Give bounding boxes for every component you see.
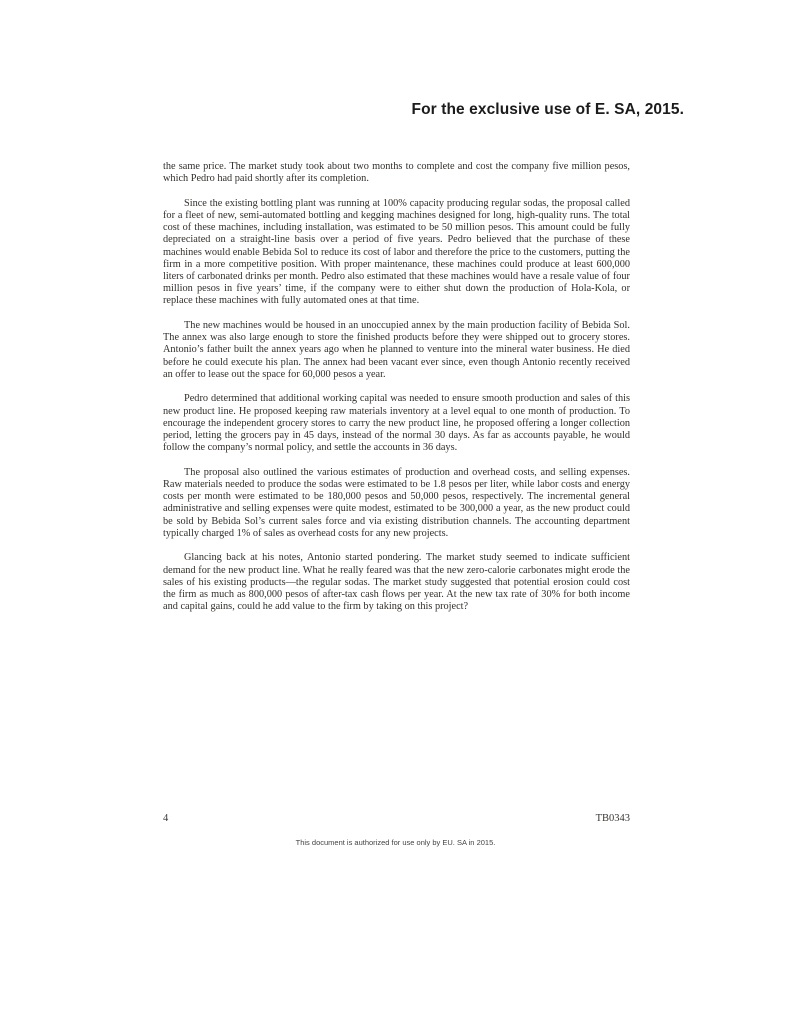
body-paragraph: the same price. The market study took ab… [163,161,630,185]
authorization-notice: This document is authorized for use only… [0,838,791,847]
footer: 4 TB0343 [163,813,630,824]
page-number: 4 [163,813,168,824]
body-paragraph: Glancing back at his notes, Antonio star… [163,552,630,613]
document-page: For the exclusive use of E. SA, 2015. th… [0,0,791,1024]
document-code: TB0343 [596,813,630,824]
body-paragraph: The proposal also outlined the various e… [163,467,630,540]
body-paragraph: Pedro determined that additional working… [163,393,630,454]
body-paragraph: Since the existing bottling plant was ru… [163,198,630,308]
body-text-column: the same price. The market study took ab… [163,161,630,626]
exclusive-use-notice: For the exclusive use of E. SA, 2015. [412,101,684,119]
body-paragraph: The new machines would be housed in an u… [163,320,630,381]
